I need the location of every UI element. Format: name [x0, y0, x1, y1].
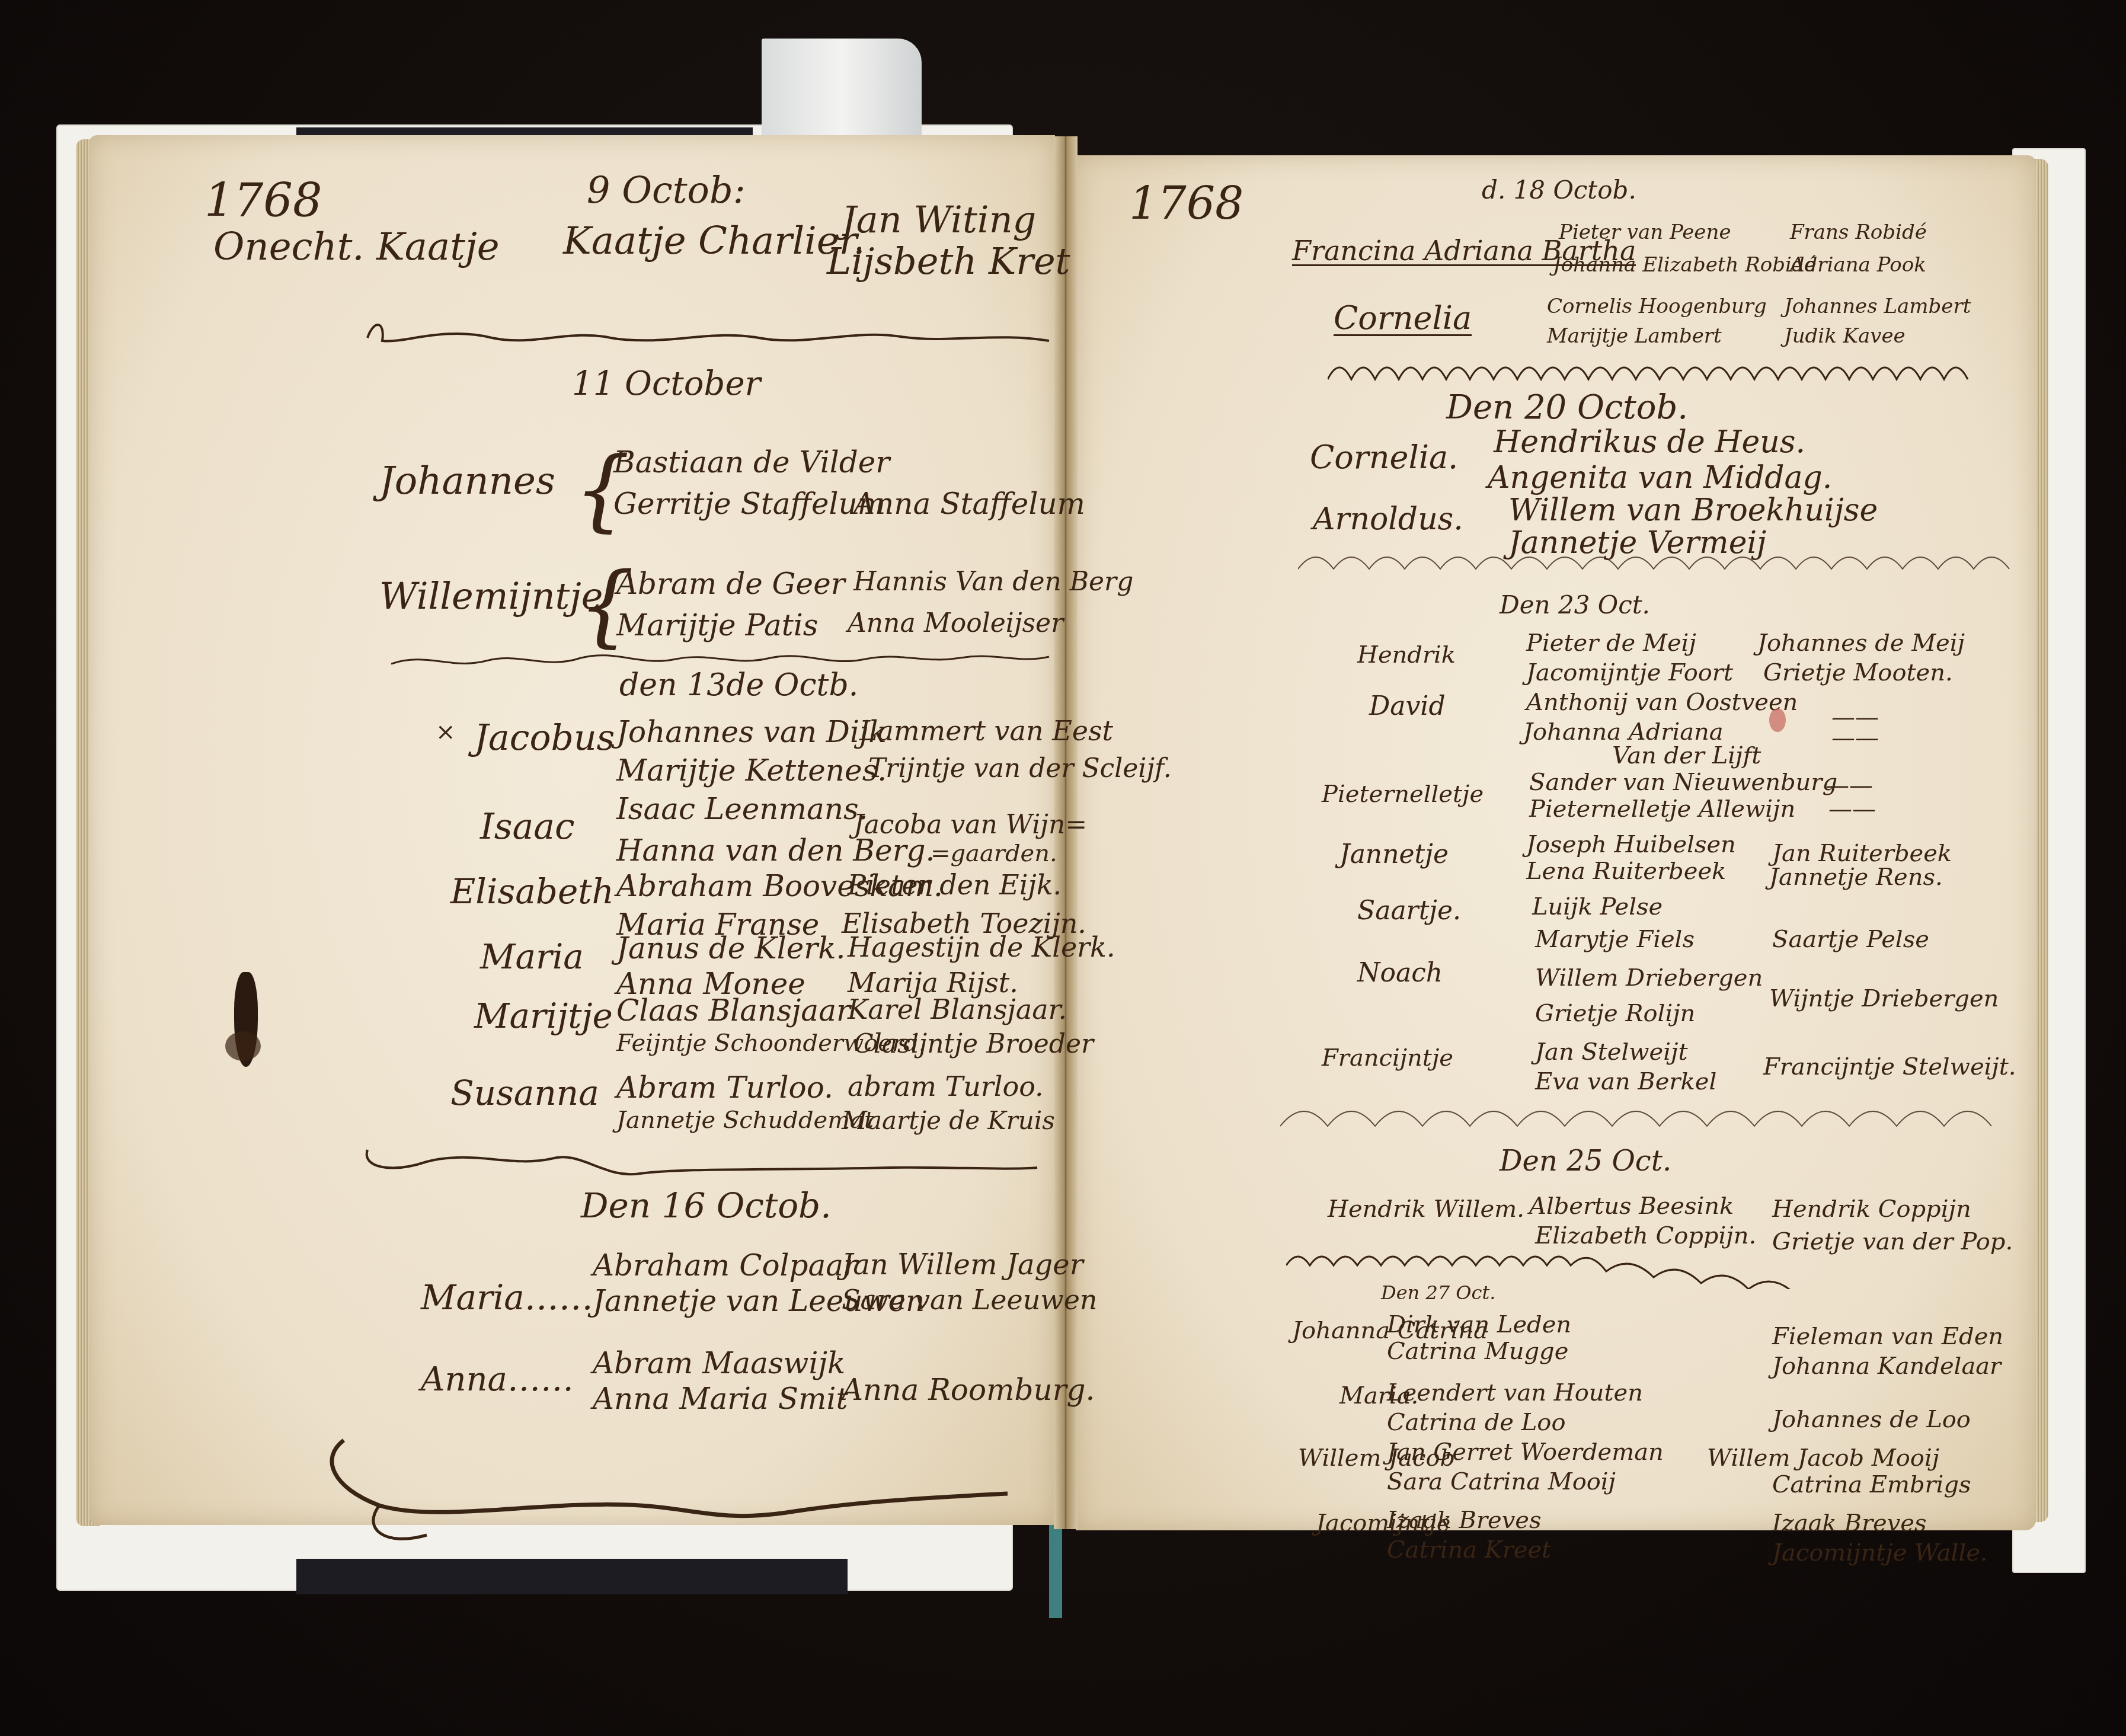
child-name: Maria……: [421, 1280, 593, 1315]
witness-name: Jan Willem Jager: [842, 1251, 1083, 1279]
parent-name: Gerritje Staffelum: [613, 489, 885, 519]
witness-name: Johanna Kandelaar: [1772, 1354, 2001, 1378]
witness-name: Karel Blansjaar.: [848, 996, 1067, 1023]
child-name: Jannetje: [1339, 842, 1449, 868]
witness-name: abram Turloo.: [848, 1073, 1044, 1100]
witness-name: Lammert van Eest: [859, 717, 1113, 744]
parent-name: Pieternelletje Allewijn: [1529, 797, 1795, 821]
date-heading: Den 16 Octob.: [581, 1188, 832, 1223]
divider-flourish: [356, 314, 1055, 356]
child-name: Francijntje: [1322, 1046, 1453, 1070]
witness-name: Jacomijntje Walle.: [1772, 1541, 1988, 1565]
parent-name: Abraham Colpaar: [593, 1251, 858, 1280]
parent-name: Abram Maaswijk: [593, 1348, 845, 1378]
parent-name: Izaak Breves: [1387, 1508, 1542, 1532]
date-heading: Den 23 Oct.: [1500, 593, 1650, 618]
date-heading: den 13de Octb.: [619, 670, 858, 701]
parent-name: Angenita van Middag.: [1488, 462, 1832, 493]
parent-name: Hendrikus de Heus.: [1494, 427, 1805, 458]
parent-name: Joseph Huibelsen: [1526, 833, 1736, 856]
date-heading: 9 Octob:: [587, 172, 746, 209]
child-name: Noach: [1357, 960, 1443, 986]
child-name: Maria: [480, 939, 584, 974]
date-heading: 11 October: [572, 367, 760, 401]
date-heading: Den 27 Oct.: [1381, 1283, 1495, 1302]
parent-name: Marytje Fiels: [1535, 928, 1695, 951]
date-heading: Den 25 Oct.: [1500, 1147, 1671, 1175]
witness-empty-dash: ——: [1831, 726, 1879, 750]
child-name: Elisabeth: [450, 874, 614, 909]
witness-name: Saartje Pelse: [1772, 928, 1929, 951]
child-name: Marijtje: [474, 999, 613, 1033]
parent-name: Anna Maria Smit: [593, 1384, 848, 1414]
parent-name: Van der Lijft: [1612, 744, 1761, 768]
witness-name: Grietje Mooten.: [1763, 661, 1953, 685]
witness-name: Fieleman van Eden: [1772, 1325, 2003, 1348]
witness-name: =gaarden.: [931, 842, 1057, 865]
parent-name: Johanna Elizabeth Robidé: [1553, 255, 1817, 275]
child-name: Arnoldus.: [1313, 504, 1463, 535]
witness-name: Johannes Lambert: [1784, 296, 1971, 316]
witness-name: Clasijntje Broeder: [853, 1031, 1094, 1057]
divider-flourish: [1280, 1102, 2015, 1138]
child-name: Willemijntje: [379, 578, 603, 615]
parent-name: Hanna van den Berg.: [616, 836, 935, 865]
witness-empty-dash: ——: [1828, 797, 1876, 821]
witness-name: Anna Staffelum: [853, 489, 1085, 519]
witness-name: Jacoba van Wijn=: [853, 812, 1087, 838]
parent-name: Catrina de Loo: [1387, 1411, 1565, 1434]
witness-name: Anna Roomburg.: [842, 1375, 1095, 1405]
witness-name: Jannetje Rens.: [1769, 865, 1943, 889]
witness-empty-dash: ——: [1826, 773, 1873, 797]
ink-blot: [225, 1031, 261, 1061]
child-name: David: [1369, 693, 1446, 720]
parent-name: Pieter van Peene: [1559, 222, 1731, 242]
parent-name: Sander van Nieuwenburg: [1529, 771, 1837, 794]
witness-name: Willem Jacob Mooij: [1707, 1446, 1939, 1470]
right-page-year: 1768: [1129, 181, 1243, 226]
witness-name: Jan Witing: [842, 202, 1036, 238]
closing-flourish: [308, 1434, 1031, 1553]
parent-name: Lena Ruiterbeek: [1526, 859, 1726, 883]
witness-name: Adriana Pook: [1790, 255, 1926, 275]
parent-name: Jan Stelweijt: [1535, 1040, 1687, 1064]
parent-name: Sara Catrina Mooij: [1387, 1470, 1616, 1494]
date-heading: d. 18 Octob.: [1482, 178, 1636, 203]
parent-name: Anthonij van Oostveen: [1526, 690, 1798, 714]
child-name: Isaac: [480, 809, 575, 845]
witness-name: Hagestijn de Klerk.: [848, 933, 1115, 961]
parent-name: Jannetje Schuddemat: [616, 1108, 874, 1132]
date-heading: Den 20 Octob.: [1446, 391, 1688, 424]
divider-flourish: [1328, 356, 1991, 391]
witness-name: Pieter den Eijk.: [848, 871, 1062, 899]
child-name: Johannes: [379, 462, 555, 500]
parent-name: Albertus Beesink: [1529, 1194, 1734, 1218]
parent-name: Claas Blansjaar: [616, 996, 851, 1025]
parent-name: Willem Driebergen: [1535, 966, 1763, 990]
witness-name: Marija Rijst.: [848, 969, 1018, 996]
witness-name: Sara van Leeuwen: [842, 1286, 1097, 1313]
witness-name: Frans Robidé: [1790, 222, 1927, 242]
child-name: Cornelia.: [1310, 442, 1458, 474]
parent-name: Cornelis Hoogenburg: [1547, 296, 1767, 316]
parent-name: Marijtje Patis: [616, 610, 818, 640]
child-name: Susanna: [450, 1076, 599, 1110]
witness-name: Hendrik Coppijn: [1772, 1197, 1971, 1221]
divider-flourish: [356, 1138, 1055, 1185]
witness-name: Hannis Van den Berg: [853, 569, 1133, 595]
red-ink-stain: [1769, 708, 1786, 732]
witness-name: Izaak Breves: [1772, 1511, 1927, 1535]
parent-name: Grietje Rolijn: [1535, 1002, 1695, 1025]
margin-mark: ×: [436, 720, 456, 744]
parent-name: Abram Turloo.: [616, 1073, 833, 1102]
parent-name: Janus de Klerk.: [616, 933, 845, 963]
paper-tab-top: [762, 39, 922, 148]
parent-name: Pieter de Meij: [1526, 631, 1696, 655]
bookmark-ribbon: [1049, 1517, 1062, 1618]
parent-name: Leendert van Houten: [1387, 1381, 1643, 1405]
witness-name: Wijntje Driebergen: [1769, 987, 1999, 1011]
left-ribbon-bottom: [296, 1559, 848, 1594]
witness-name: Anna Mooleijser: [848, 610, 1063, 637]
parent-name: Marijtje Lambert: [1547, 326, 1722, 346]
child-name: Anna……: [421, 1363, 574, 1396]
parent-name: Catrina Mugge: [1387, 1339, 1568, 1363]
divider-flourish: [1298, 545, 2021, 581]
parent-name: Elizabeth Coppijn.: [1535, 1224, 1756, 1248]
witness-name: Francijntje Stelweijt.: [1763, 1055, 2016, 1079]
parent-name: Johanna Adriana: [1523, 720, 1724, 744]
parent-name: Dirk van Leden: [1387, 1313, 1571, 1337]
parent-name: Catrina Kreet: [1387, 1538, 1551, 1562]
witness-name: Johannes de Meij: [1757, 631, 1965, 655]
witness-name: Judik Kavee: [1784, 326, 1906, 346]
parent-name: Marijtje Kettenes.: [616, 756, 887, 785]
child-name: Saartje.: [1357, 898, 1461, 924]
child-name: Onecht. Kaatje: [213, 228, 500, 266]
parent-name: Bastiaan de Vilder: [613, 447, 890, 477]
witness-name: Trijntje van der Scleijf.: [868, 756, 1172, 782]
witness-name: Maartje de Kruis: [842, 1108, 1055, 1133]
parent-name: Abram de Geer: [616, 569, 845, 599]
parent-name: Luijk Pelse: [1532, 895, 1663, 919]
parent-name: Eva van Berkel: [1535, 1070, 1716, 1094]
witness-name: Lijsbeth Kret: [827, 243, 1070, 280]
parent-name: Isaac Leenmans.: [616, 794, 868, 824]
witness-name: Catrina Embrigs: [1772, 1473, 1971, 1497]
witness-name: Jan Ruiterbeek: [1772, 842, 1952, 865]
child-name: Jacobus: [474, 720, 615, 756]
parent-name: Johannes van Dijk: [616, 717, 887, 747]
parent-name: Jan Gerret Woerdeman: [1387, 1440, 1664, 1464]
child-name: Pieternelletje: [1322, 782, 1484, 806]
parent-name: Kaatje Charlier.: [563, 222, 865, 260]
child-name: Hendrik Willem.: [1328, 1197, 1524, 1221]
parent-name: Jacomijntje Foort: [1526, 661, 1733, 685]
witness-name: Johannes de Loo: [1772, 1408, 1971, 1431]
left-page-year: 1768: [204, 178, 322, 224]
child-name: Cornelia: [1334, 302, 1472, 336]
child-name: Hendrik: [1357, 643, 1456, 667]
parent-name: Willem van Broekhuijse: [1508, 495, 1878, 526]
